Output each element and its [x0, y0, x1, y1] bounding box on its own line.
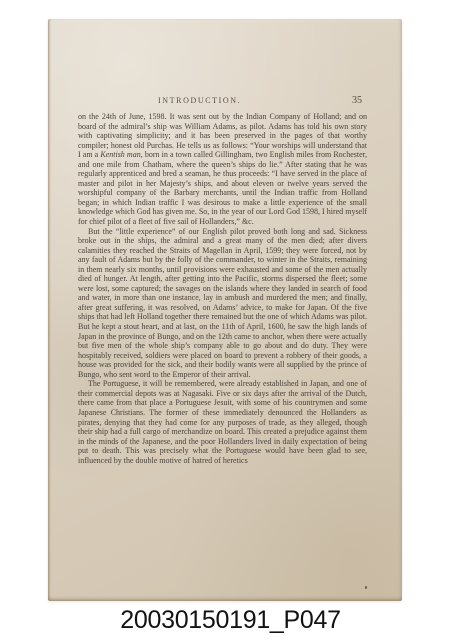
paragraph: But the “little experience” of our Engli…	[78, 227, 367, 380]
italic-text-segment: Kentish man	[100, 150, 140, 159]
text-segment: The Portuguese, it will be remembered, w…	[78, 379, 367, 464]
photo-background: INTRODUCTION. 35 on the 24th of June, 15…	[0, 0, 449, 640]
running-head: INTRODUCTION.	[158, 96, 241, 105]
page-number: 35	[352, 95, 362, 106]
page-text: on the 24th of June, 1598. It was sent o…	[78, 112, 367, 465]
paragraph: on the 24th of June, 1598. It was sent o…	[78, 112, 367, 227]
paragraph: The Portuguese, it will be remembered, w…	[78, 379, 367, 465]
paper-speck	[365, 586, 367, 589]
text-segment: But the “little experience” of our Engli…	[78, 227, 367, 379]
accession-number-caption: 20030150191_P047	[0, 606, 449, 635]
book-page-photo: INTRODUCTION. 35 on the 24th of June, 15…	[48, 19, 402, 601]
text-segment: , born in a town called Gillingham, two …	[78, 150, 367, 226]
